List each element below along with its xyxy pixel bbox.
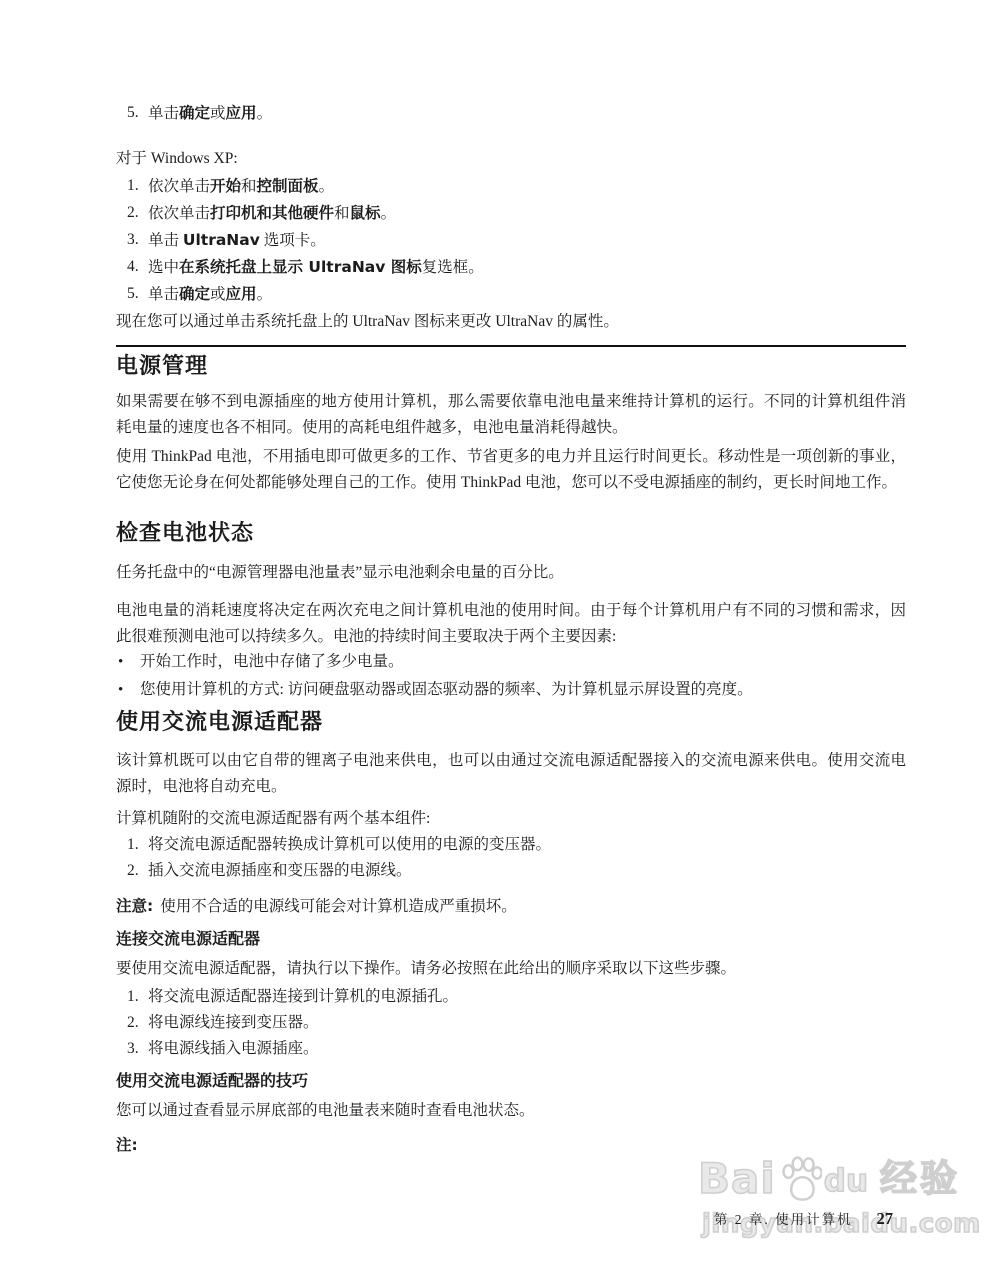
list-item: 3. 单击 UltraNav 选项卡。	[116, 227, 906, 254]
list-marker: 5.	[127, 100, 148, 127]
list-item: 2. 插入交流电源插座和变压器的电源线。	[116, 858, 906, 884]
paragraph: 电池电量的消耗速度将决定在两次充电之间计算机电池的使用时间。由于每个计算机用户有…	[116, 598, 906, 650]
list-item: 1. 将交流电源适配器连接到计算机的电源插孔。	[116, 984, 906, 1010]
list-item-text: 将电源线连接到变压器。	[148, 1010, 906, 1036]
list-item: • 您使用计算机的方式: 访问硬盘驱动器或固态驱动器的频率、为计算机显示屏设置的…	[116, 676, 906, 704]
list-marker: 1.	[127, 832, 148, 858]
paragraph: 要使用交流电源适配器，请执行以下操作。请务必按照在此给出的顺序采取以下这些步骤。	[116, 956, 906, 982]
list-item: 1. 依次单击开始和控制面板。	[116, 173, 906, 200]
page-footer: 第 2 章. 使用计算机 27	[714, 1208, 893, 1229]
attention-text: 使用不合适的电源线可能会对计算机造成严重损坏。	[160, 898, 517, 915]
bullet-icon: •	[118, 648, 140, 676]
paragraph: 您可以通过查看显示屏底部的电池量表来随时查看电池状态。	[116, 1098, 906, 1124]
section-heading-battery-status: 检查电池状态	[116, 521, 906, 547]
winxp-steps: 1. 依次单击开始和控制面板。 2. 依次单击打印机和其他硬件和鼠标。 3. 单…	[116, 173, 906, 308]
paragraph: 计算机随附的交流电源适配器有两个基本组件:	[116, 806, 906, 832]
list-marker: 1.	[127, 984, 148, 1010]
paragraph: 该计算机既可以由它自带的锂离子电池来供电，也可以由通过交流电源适配器接入的交流电…	[116, 748, 906, 800]
list-item-text: 选中在系统托盘上显示 UltraNav 图标复选框。	[148, 254, 906, 281]
baidu-jingyan-logo: Bai du 经验	[698, 1132, 981, 1200]
list-item: 5. 单击确定或应用。	[116, 100, 906, 127]
list-item: 3. 将电源线插入电源插座。	[116, 1036, 906, 1062]
attention-label: 注意:	[116, 897, 153, 915]
subheading-adapter-tips: 使用交流电源适配器的技巧	[116, 1070, 906, 1092]
attention-note: 注意:使用不合适的电源线可能会对计算机造成严重损坏。	[116, 893, 906, 920]
baidu-logo-text-bai: Bai	[698, 1158, 776, 1200]
list-item: • 开始工作时，电池中存储了多少电量。	[116, 648, 906, 676]
list-item-text: 将交流电源适配器转换成计算机可以使用的电源的变压器。	[148, 832, 906, 858]
paw-icon	[780, 1156, 822, 1204]
baidu-jingyan-cn-text: 经验	[880, 1159, 960, 1200]
bullet-icon: •	[118, 676, 140, 704]
paragraph: 任务托盘中的“电源管理器电池量表”显示电池剩余电量的百分比。	[116, 560, 906, 586]
manual-page: 5. 单击确定或应用。 对于 Windows XP: 1. 依次单击开始和控制面…	[0, 0, 989, 1280]
footer-page-number: 27	[877, 1209, 894, 1228]
paragraph: 使用 ThinkPad 电池，不用插电即可做更多的工作、节省更多的电力并且运行时…	[116, 444, 906, 496]
list-marker: 1.	[127, 173, 148, 200]
list-item-text: 将交流电源适配器连接到计算机的电源插孔。	[148, 984, 906, 1010]
list-marker: 3.	[127, 227, 148, 254]
list-item: 2. 依次单击打印机和其他硬件和鼠标。	[116, 200, 906, 227]
section-heading-power-management: 电源管理	[116, 354, 906, 380]
section-heading-ac-adapter: 使用交流电源适配器	[116, 710, 906, 736]
list-marker: 2.	[127, 200, 148, 227]
subheading-connect-adapter: 连接交流电源适配器	[116, 928, 906, 950]
section-divider	[116, 345, 906, 347]
list-marker: 2.	[127, 858, 148, 884]
list-item: 2. 将电源线连接到变压器。	[116, 1010, 906, 1036]
list-item: 4. 选中在系统托盘上显示 UltraNav 图标复选框。	[116, 254, 906, 281]
list-item-text: 将电源线插入电源插座。	[148, 1036, 906, 1062]
list-item: 5. 单击确定或应用。	[116, 281, 906, 308]
list-item-text: 开始工作时，电池中存储了多少电量。	[140, 648, 906, 676]
list-marker: 5.	[127, 281, 148, 308]
battery-factors-list: • 开始工作时，电池中存储了多少电量。 • 您使用计算机的方式: 访问硬盘驱动器…	[116, 648, 906, 704]
winxp-closing: 现在您可以通过单击系统托盘上的 UltraNav 图标来更改 UltraNav …	[116, 309, 906, 335]
winxp-lead: 对于 Windows XP:	[116, 146, 906, 172]
footer-chapter-title: 第 2 章. 使用计算机	[714, 1212, 853, 1227]
ac-adapter-components-list: 1. 将交流电源适配器转换成计算机可以使用的电源的变压器。 2. 插入交流电源插…	[116, 832, 906, 884]
list-marker: 2.	[127, 1010, 148, 1036]
baidu-logo-text-du: du	[824, 1164, 868, 1200]
list-item-text: 单击 UltraNav 选项卡。	[148, 227, 906, 254]
paragraph: 如果需要在够不到电源插座的地方使用计算机，那么需要依靠电池电量来维持计算机的运行…	[116, 389, 906, 441]
list-item-text: 单击确定或应用。	[148, 100, 906, 127]
list-item-text: 单击确定或应用。	[148, 281, 906, 308]
list-marker: 4.	[127, 254, 148, 281]
list-item: 1. 将交流电源适配器转换成计算机可以使用的电源的变压器。	[116, 832, 906, 858]
numbered-list-tail: 5. 单击确定或应用。	[116, 100, 906, 127]
list-item-text: 依次单击打印机和其他硬件和鼠标。	[148, 200, 906, 227]
list-marker: 3.	[127, 1036, 148, 1062]
list-item-text: 您使用计算机的方式: 访问硬盘驱动器或固态驱动器的频率、为计算机显示屏设置的亮度…	[140, 676, 906, 704]
list-item-text: 插入交流电源插座和变压器的电源线。	[148, 858, 906, 884]
list-item-text: 依次单击开始和控制面板。	[148, 173, 906, 200]
connect-adapter-steps: 1. 将交流电源适配器连接到计算机的电源插孔。 2. 将电源线连接到变压器。 3…	[116, 984, 906, 1062]
